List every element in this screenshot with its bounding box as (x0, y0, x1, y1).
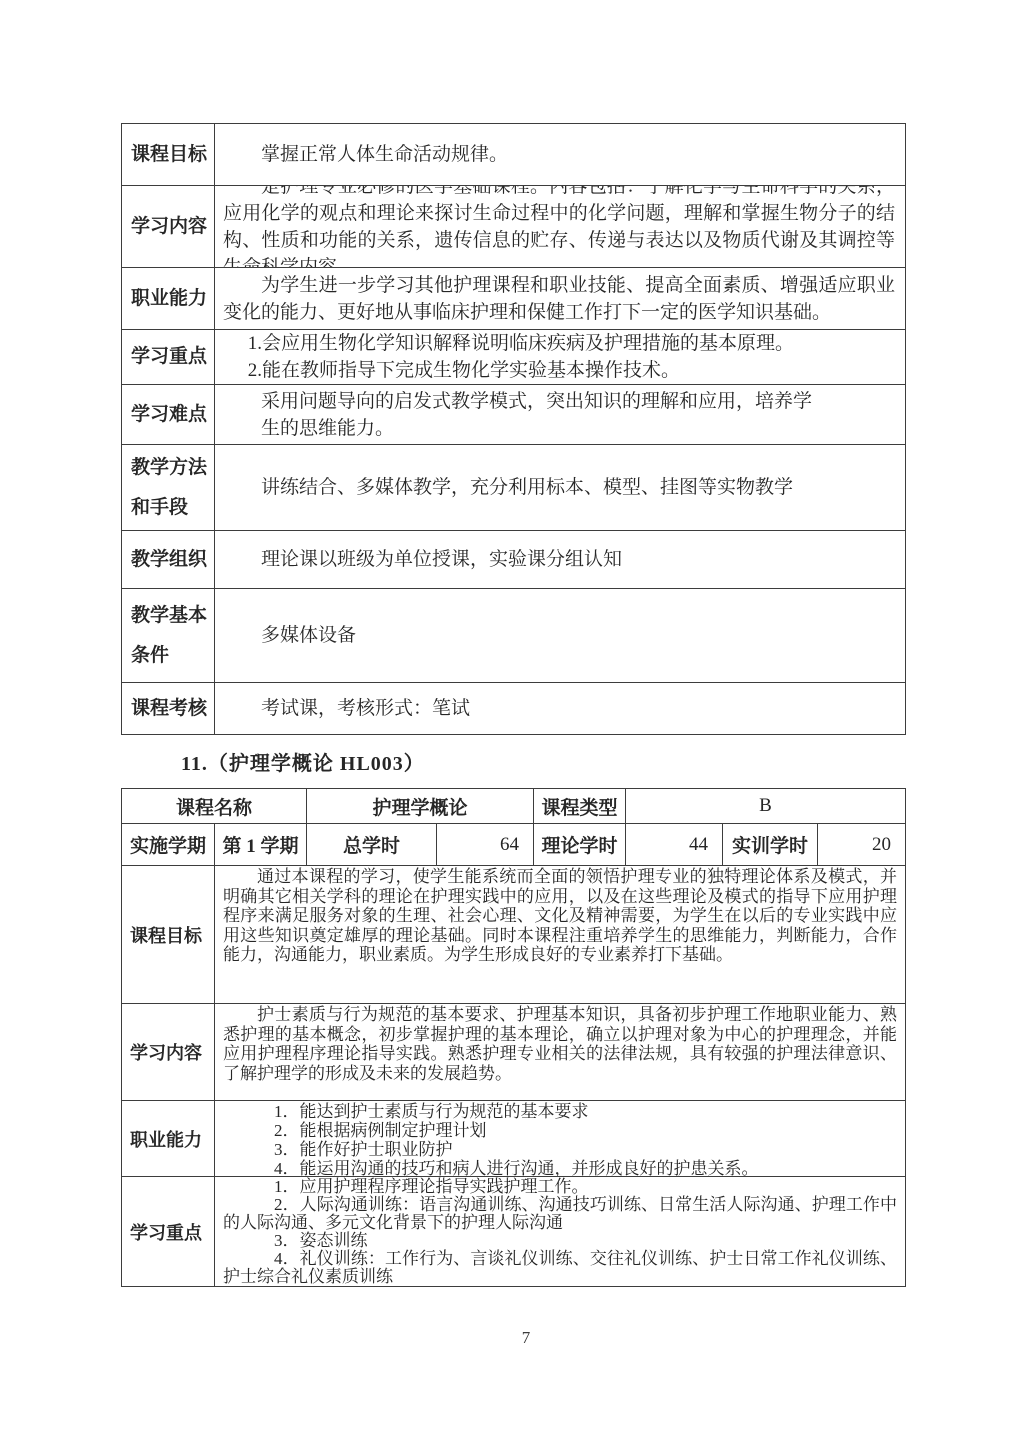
row-content: 掌握正常人体生命活动规律。 (215, 124, 905, 185)
row-label: 教学基本 条件 (122, 589, 215, 682)
table-row: 职业能力 1．能达到护士素质与行为规范的基本要求 2．能根据病例制定护理计划 3… (122, 1101, 905, 1177)
row-label: 职业能力 (122, 1101, 215, 1176)
row-content: 为学生进一步学习其他护理课程和职业技能、提高全面素质、增强适应职业变化的能力、更… (215, 268, 905, 329)
paragraph: 是护理专业必修的医学基础课程。内容包括：了解化学与生命科学的关系，应用化学的观点… (223, 186, 895, 267)
row-content: 理论课以班级为单位授课，实验课分组认知 (215, 531, 905, 588)
table-row: 学习难点 采用问题导向的启发式教学模式，突出知识的理解和应用，培养学 生的思维能… (122, 385, 905, 445)
table-row: 职业能力 为学生进一步学习其他护理课程和职业技能、提高全面素质、增强适应职业变化… (122, 268, 905, 330)
row-content: 多媒体设备 (215, 589, 905, 682)
course-table-nursing-intro: 课程名称 护理学概论 课程类型 B 实施学期 第 1 学期 总学时 64 理论学… (121, 788, 906, 1287)
row-content: 通过本课程的学习，使学生能系统而全面的领悟护理专业的独特理论体系及模式，并明确其… (215, 866, 905, 1003)
table-row: 教学组织 理论课以班级为单位授课，实验课分组认知 (122, 531, 905, 589)
page-number: 7 (0, 1328, 1024, 1348)
paragraph: 为学生进一步学习其他护理课程和职业技能、提高全面素质、增强适应职业变化的能力、更… (223, 272, 895, 326)
course-table-biochemistry: 课程目标 掌握正常人体生命活动规律。 学习内容 是护理专业必修的医学基础课程。内… (121, 123, 906, 735)
row-label: 课程目标 (122, 866, 215, 1003)
numbered-list: 1.会应用生物化学知识解释说明临床疾病及护理措施的基本原理。 2.能在教师指导下… (223, 330, 895, 384)
semester-label: 实施学期 (122, 824, 215, 865)
row-content: 护士素质与行为规范的基本要求、护理基本知识，具备初步护理工作地职业能力、熟悉护理… (215, 1004, 905, 1100)
paragraph: 掌握正常人体生命活动规律。 (223, 141, 895, 168)
table-row: 学习重点 1．应用护理程序理论指导实践护理工作。 2．人际沟通训练：语言沟通训练… (122, 1177, 905, 1286)
row-label: 学习重点 (122, 1177, 215, 1286)
row-content: 考试课，考核形式：笔试 (215, 683, 905, 734)
section-heading: 11.（护理学概论 HL003） (181, 747, 425, 776)
row-label: 职业能力 (122, 268, 215, 329)
row-content: 讲练结合、多媒体教学，充分利用标本、模型、挂图等实物教学 (215, 445, 905, 530)
paragraph: 讲练结合、多媒体教学，充分利用标本、模型、挂图等实物教学 (223, 474, 895, 501)
row-content: 1.会应用生物化学知识解释说明临床疾病及护理措施的基本原理。 2.能在教师指导下… (215, 330, 905, 384)
list-item: 2．能根据病例制定护理计划 (223, 1121, 897, 1140)
theory-hours-label: 理论学时 (534, 824, 626, 865)
list-item: 2．人际沟通训练：语言沟通训练、沟通技巧训练、日常生活人际沟通、护理工作中的人际… (223, 1196, 897, 1232)
table-row: 教学方法 和手段 讲练结合、多媒体教学，充分利用标本、模型、挂图等实物教学 (122, 445, 905, 531)
document-page: 课程目标 掌握正常人体生命活动规律。 学习内容 是护理专业必修的医学基础课程。内… (0, 0, 1024, 1448)
table-header-row: 实施学期 第 1 学期 总学时 64 理论学时 44 实训学时 20 (122, 824, 905, 866)
paragraph: 通过本课程的学习，使学生能系统而全面的领悟护理专业的独特理论体系及模式，并明确其… (223, 867, 897, 965)
paragraph: 理论课以班级为单位授课，实验课分组认知 (223, 546, 895, 573)
list-item: 4．礼仪训练：工作行为、言谈礼仪训练、交往礼仪训练、护士日常工作礼仪训练、护士综… (223, 1250, 897, 1286)
list-item: 3．姿态训练 (223, 1232, 897, 1250)
row-content: 采用问题导向的启发式教学模式，突出知识的理解和应用，培养学 生的思维能力。 (215, 385, 905, 444)
practice-hours-value: 20 (818, 824, 905, 865)
row-label: 课程考核 (122, 683, 215, 734)
practice-hours-label: 实训学时 (723, 824, 818, 865)
row-label: 学习内容 (122, 1004, 215, 1100)
total-hours-label: 总学时 (307, 824, 437, 865)
row-content: 1．应用护理程序理论指导实践护理工作。 2．人际沟通训练：语言沟通训练、沟通技巧… (215, 1177, 905, 1286)
paragraph: 护士素质与行为规范的基本要求、护理基本知识，具备初步护理工作地职业能力、熟悉护理… (223, 1005, 897, 1083)
course-name-value: 护理学概论 (307, 789, 534, 823)
row-label: 课程目标 (122, 124, 215, 185)
row-content: 是护理专业必修的医学基础课程。内容包括：了解化学与生命科学的关系，应用化学的观点… (215, 186, 905, 267)
paragraph: 考试课，考核形式：笔试 (223, 695, 895, 722)
table-row: 课程目标 通过本课程的学习，使学生能系统而全面的领悟护理专业的独特理论体系及模式… (122, 866, 905, 1004)
table-row: 学习重点 1.会应用生物化学知识解释说明临床疾病及护理措施的基本原理。 2.能在… (122, 330, 905, 385)
table-row: 课程目标 掌握正常人体生命活动规律。 (122, 124, 905, 186)
list-item: 1．应用护理程序理论指导实践护理工作。 (223, 1178, 897, 1196)
list-item: 3．能作好护士职业防护 (223, 1140, 897, 1159)
total-hours-value: 64 (437, 824, 534, 865)
paragraph: 采用问题导向的启发式教学模式，突出知识的理解和应用，培养学 生的思维能力。 (223, 388, 895, 442)
table-header-row: 课程名称 护理学概论 课程类型 B (122, 789, 905, 824)
row-label: 学习重点 (122, 330, 215, 384)
course-type-value: B (626, 789, 905, 823)
theory-hours-value: 44 (626, 824, 723, 865)
row-label: 教学组织 (122, 531, 215, 588)
row-label: 学习内容 (122, 186, 215, 267)
course-type-label: 课程类型 (534, 789, 626, 823)
semester-value: 第 1 学期 (215, 824, 307, 865)
list-item: 4．能运用沟通的技巧和病人进行沟通，并形成良好的护患关系。 (223, 1159, 897, 1176)
course-name-label: 课程名称 (122, 789, 307, 823)
table-row: 学习内容 护士素质与行为规范的基本要求、护理基本知识，具备初步护理工作地职业能力… (122, 1004, 905, 1101)
row-content: 1．能达到护士素质与行为规范的基本要求 2．能根据病例制定护理计划 3．能作好护… (215, 1101, 905, 1176)
table-row: 课程考核 考试课，考核形式：笔试 (122, 683, 905, 734)
paragraph: 多媒体设备 (223, 622, 895, 649)
table-row: 教学基本 条件 多媒体设备 (122, 589, 905, 683)
table-row: 学习内容 是护理专业必修的医学基础课程。内容包括：了解化学与生命科学的关系，应用… (122, 186, 905, 268)
row-label: 学习难点 (122, 385, 215, 444)
list-item: 1．能达到护士素质与行为规范的基本要求 (223, 1102, 897, 1121)
row-label: 教学方法 和手段 (122, 445, 215, 530)
